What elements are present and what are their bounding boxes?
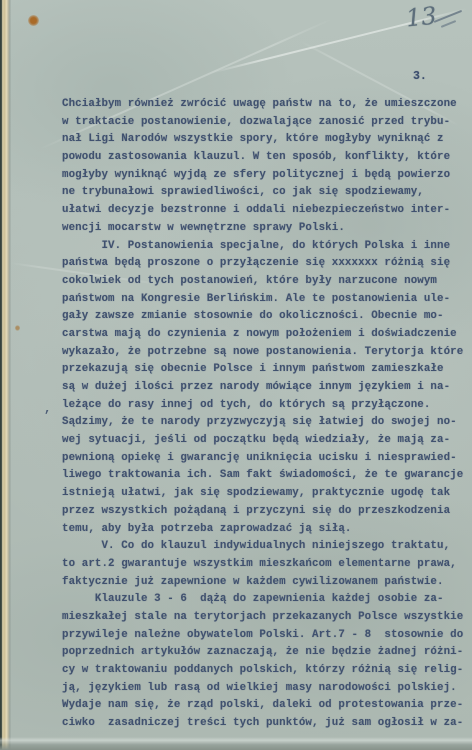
bottom-fold-shadow	[0, 737, 472, 750]
typed-line: Chciałbym również zwrócić uwagę państw n…	[62, 96, 470, 114]
typed-line: ją, językiem lub rasą od wielkiej masy n…	[62, 680, 470, 698]
typed-line: ułatwi decyzje bezstronne i oddali niebe…	[62, 202, 470, 220]
left-tape-edge	[0, 0, 11, 750]
margin-mark: ,	[44, 402, 51, 416]
typed-text-block: Chciałbym również zwrócić uwagę państw n…	[62, 96, 470, 733]
typed-line: wykazało, że potrzebne są nowe postanowi…	[62, 344, 470, 362]
typed-line: są w dużej ilości przez narody mówiące i…	[62, 379, 470, 397]
typed-line: gały zawsze zmianie stosownie do okolicz…	[62, 308, 470, 326]
typed-line: ne trybunałowi sprawiedliwości, co jak s…	[62, 184, 470, 202]
typed-line: faktycznie już zapewnione w każdem cywil…	[62, 574, 470, 592]
typed-line: to art.2 gwarantuje wszystkim mieszkańco…	[62, 556, 470, 574]
typed-line: państwa będą proszone o przyłączenie się…	[62, 255, 470, 273]
typed-line: carstwa mają do czynienia z nowym położe…	[62, 326, 470, 344]
typed-line: mieszkałej stale na terytorjach przekaza…	[62, 609, 470, 627]
typed-line: wencji mocarstw w wewnętrzne sprawy Pols…	[62, 220, 470, 238]
typed-line: powodu zastosowania klauzul. W ten sposó…	[62, 149, 470, 167]
typed-line: IV. Postanowienia specjalne, do których …	[62, 238, 470, 256]
typed-line: państwom na Kongresie Berlińskim. Ale te…	[62, 291, 470, 309]
typed-line: wej sytuacji, jeśli od początku będą wie…	[62, 432, 470, 450]
typed-line: istnieją ułatwi, jak się spodziewamy, pr…	[62, 485, 470, 503]
typed-line: cokolwiek od tych postanowień, które był…	[62, 273, 470, 291]
typed-page-number: 3.	[413, 70, 427, 83]
typed-line: cy w traktowaniu poddanych polskich, któ…	[62, 662, 470, 680]
typed-line: w traktacie postanowienie, dozwalające z…	[62, 114, 470, 132]
pencil-check-mark	[441, 20, 456, 27]
rust-stain	[28, 15, 39, 26]
typed-line: pewnioną opiekę i gwarancję uniknięcia u…	[62, 450, 470, 468]
typed-line: leżące do rasy innej od tych, do których…	[62, 397, 470, 415]
typed-line: nał Ligi Narodów wszystkie spory, które …	[62, 131, 470, 149]
typed-line: liwego traktowania ich. Sam fakt świadom…	[62, 467, 470, 485]
typed-line: Wydaje nam się, że rząd polski, daleki o…	[62, 697, 470, 715]
typed-line: temu, aby była potrzeba zaprowadzać ją s…	[62, 521, 470, 539]
document-page: 13 3. , Chciałbym również zwrócić uwagę …	[0, 0, 472, 750]
handwritten-page-number: 13	[405, 1, 438, 32]
typed-line: przez wszystkich pożądaną i przyczyni si…	[62, 503, 470, 521]
typed-line: przywileje należne obywatelom Polski. Ar…	[62, 627, 470, 645]
typed-line: V. Co do klauzul indywidualnych niniejsz…	[62, 538, 470, 556]
typed-line: mogłyby wyniknąć wyjdą ze sfery politycz…	[62, 167, 470, 185]
small-stain	[15, 325, 20, 331]
typed-line: Klauzule 3 - 6 dążą do zapewnienia każde…	[62, 591, 470, 609]
typed-line: przekazują się obecnie Polsce i innym pa…	[62, 361, 470, 379]
typed-line: ciwko zasadniczej treści tych punktów, j…	[62, 715, 470, 733]
typed-line: poprzednich artykułów zaznaczają, że nie…	[62, 644, 470, 662]
typed-line: Sądzimy, że te narody przyzwyczyją się ł…	[62, 414, 470, 432]
